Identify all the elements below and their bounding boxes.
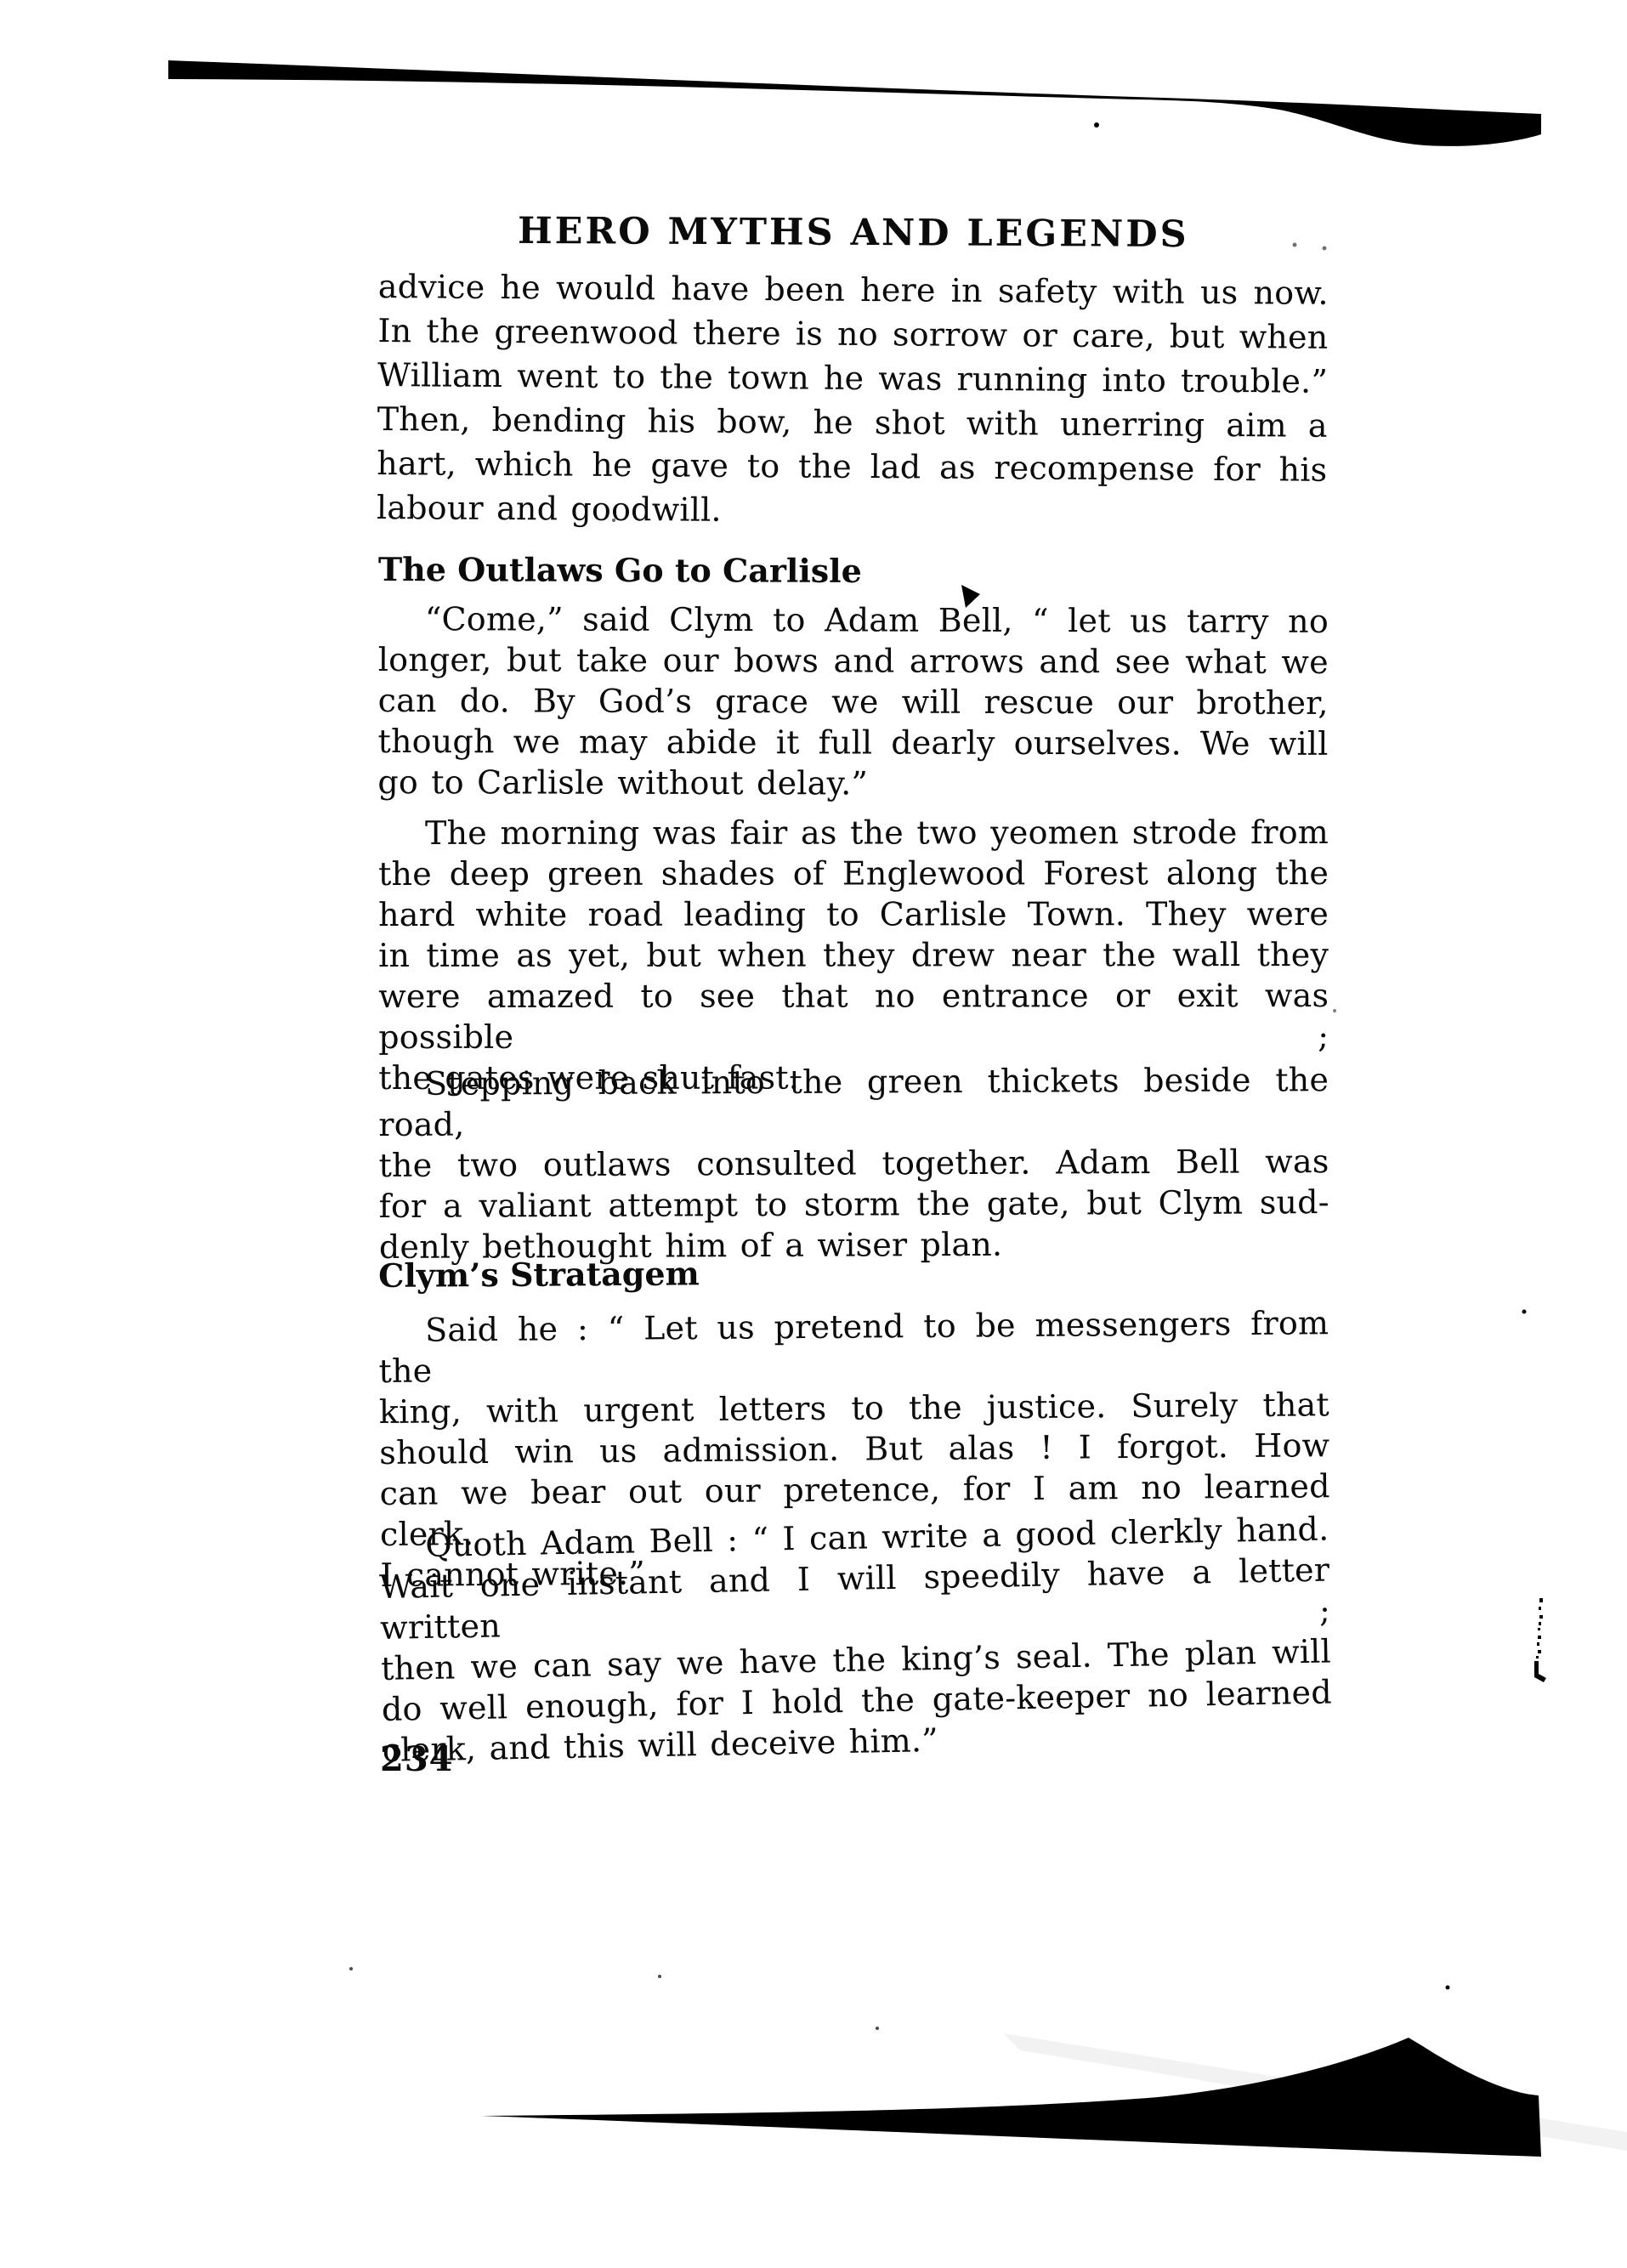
text-line: the two outlaws consulted together. Adam… xyxy=(378,1141,1329,1186)
scanned-book-page: HERO MYTHS AND LEGENDS advice he would h… xyxy=(0,0,1627,2268)
text-line: for a valiant attempt to storm the gate,… xyxy=(379,1182,1329,1227)
text-line: were amazed to see that no entrance or e… xyxy=(378,975,1329,1057)
faint-scan-streak xyxy=(1003,2033,1627,2151)
section-heading: Clym’s Stratagem xyxy=(378,1249,1329,1296)
page-number: 234 xyxy=(380,1739,454,1779)
text-line: can do. By God’s grace we will rescue ou… xyxy=(378,680,1329,723)
text-line: hard white road leading to Carlisle Town… xyxy=(378,893,1329,935)
text-line: “Come,” said Clym to Adam Bell, “ let us… xyxy=(378,598,1329,642)
text-line: though we may abide it full dearly ourse… xyxy=(377,721,1328,764)
corner-bracket-mark xyxy=(1534,1661,1546,1682)
text-line: hart, which he gave to the lad as recomp… xyxy=(377,441,1327,492)
top-ink-smear-shape xyxy=(168,60,1541,146)
section-heading: The Outlaws Go to Carlisle xyxy=(378,549,1329,593)
text-line: labour and goodwill. xyxy=(377,485,1327,536)
text-line: In the greenwood there is no sorrow or c… xyxy=(377,309,1328,360)
text-line: go to Carlisle without delay.” xyxy=(377,762,1328,805)
text-line: Then, bending his bow, he shot with uner… xyxy=(377,397,1328,448)
paragraph: Quoth Adam Bell : “ I can write a good c… xyxy=(378,1509,1333,1771)
text-line: should win us admission. But alas ! I fo… xyxy=(379,1425,1329,1473)
text-line: William went to the town he was running … xyxy=(377,353,1328,404)
paragraph: Stepping back into the green thickets be… xyxy=(378,1059,1329,1267)
paragraph: The morning was fair as the two yeomen s… xyxy=(378,812,1329,1098)
text-line: Stepping back into the green thickets be… xyxy=(378,1059,1329,1145)
paragraph: “Come,” said Clym to Adam Bell, “ let us… xyxy=(377,598,1329,805)
page-title: HERO MYTHS AND LEGENDS xyxy=(378,209,1329,257)
text-line: longer, but take our bows and arrows and… xyxy=(378,639,1329,683)
text-line: the deep green shades of Englewood Fores… xyxy=(378,853,1329,894)
text-line: advice he would have been here in safety… xyxy=(378,264,1329,315)
paragraph: advice he would have been here in safety… xyxy=(377,264,1329,536)
text-line: in time as yet, but when they drew near … xyxy=(378,934,1329,976)
binder-speck-trail xyxy=(1536,1598,1543,1658)
text-line: king, with urgent letters to the justice… xyxy=(379,1384,1329,1432)
bottom-ink-smear-shape xyxy=(481,2038,1541,2157)
text-line: Said he : “ Let us pretend to be messeng… xyxy=(378,1302,1329,1392)
text-line: The morning was fair as the two yeomen s… xyxy=(378,812,1329,853)
